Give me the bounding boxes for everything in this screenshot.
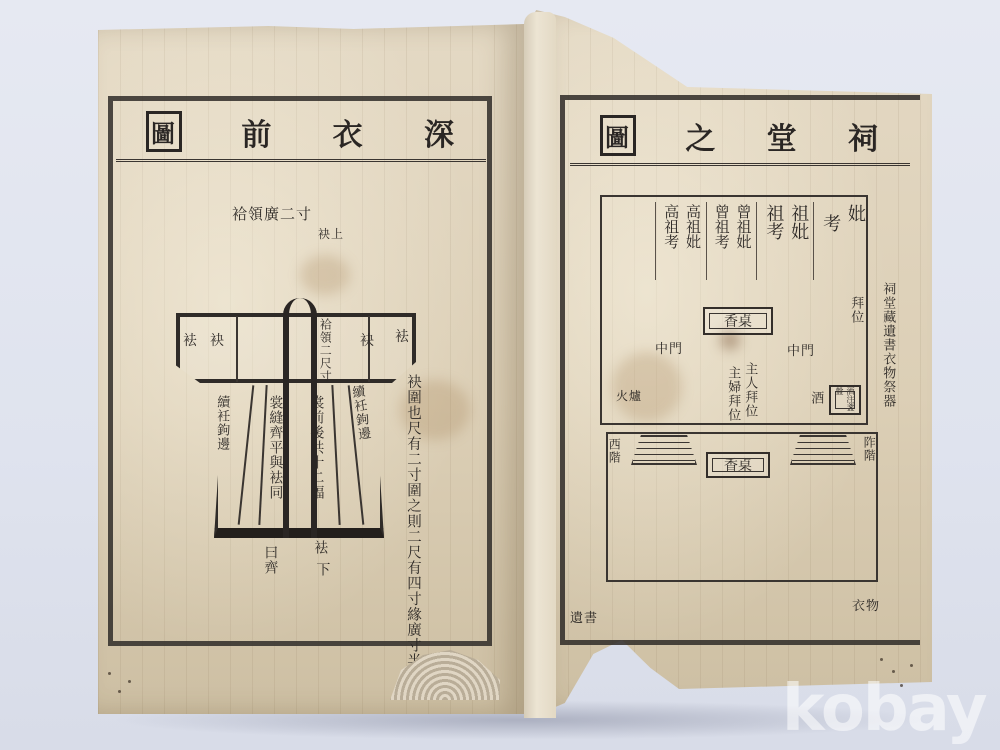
foxing-speck — [910, 664, 913, 667]
foxing-speck — [118, 690, 121, 693]
robe-body-label: 裳縫齊平與袪同 — [267, 395, 282, 500]
east-stairs-label: 阼階 — [862, 436, 875, 462]
ancestor-tablet: 高祖考 — [659, 202, 681, 280]
ancestor-tablet: 高祖妣 — [681, 202, 703, 280]
book-spine-fold — [524, 12, 556, 718]
ancestor-group-great-grandparents: 曾祖妣 曾祖考 — [706, 202, 757, 280]
ancestor-tablets-row: 妣 考 祖妣 祖考 曾祖妣 曾祖考 高祖妣 高祖考 — [606, 202, 870, 280]
title-char: 圖 — [146, 111, 182, 152]
robe-bottom-label: 下 — [314, 562, 329, 577]
ancestor-group-great-great-grandparents: 高祖妣 高祖考 — [655, 202, 706, 280]
title-char: 堂 — [767, 114, 799, 158]
collar-label: 袷領二尺寸 — [318, 318, 331, 383]
middle-door-label: 中門 — [787, 345, 815, 359]
title-char: 前 — [241, 110, 273, 154]
incense-table-upper: 香桌 — [703, 307, 773, 335]
ancestor-tablet: 考 — [817, 212, 842, 280]
right-page-title: 祠 堂 之 圖 — [570, 108, 910, 166]
sleeve-label-left: 袂 — [210, 334, 225, 349]
left-page-title: 深 衣 前 圖 — [116, 104, 486, 162]
title-char: 祠 — [848, 114, 880, 158]
wine-table-box: 酒注盞盤 — [829, 385, 861, 415]
foxing-speck — [108, 672, 111, 675]
sleeve-divider — [236, 316, 238, 382]
ancestor-tablet: 曾祖考 — [710, 202, 732, 280]
east-stairs-drawing — [790, 435, 856, 465]
incense-table-label: 香桌 — [724, 455, 752, 475]
title-char: 衣 — [333, 110, 365, 154]
west-stairs-drawing — [631, 435, 697, 465]
brazier-label: 火爐 — [616, 390, 642, 403]
wine-label: 酒 — [808, 391, 822, 405]
robe-bottom-label: 曰齊 — [262, 545, 277, 575]
collar-note-sub: 袂上 — [318, 228, 344, 241]
bow-position-label: 拜位 — [848, 296, 862, 324]
ancestor-tablet: 祖妣 — [785, 202, 810, 280]
middle-door-label: 中門 — [655, 343, 683, 357]
sleeve-label-cuff-left: 袪 — [183, 334, 198, 349]
ancestor-group-grandparents: 祖妣 祖考 — [756, 202, 813, 280]
wine-table-label: 酒注盞盤 — [834, 387, 856, 413]
sleeve-measure-note: 袂圍也尺有二寸圍之則二尺有四寸緣廣寸半 — [404, 374, 420, 669]
title-char: 深 — [424, 110, 456, 154]
robe-bottom-label: 袪 — [312, 540, 327, 555]
incense-table-label: 香桌 — [724, 311, 752, 331]
ancestor-tablet: 妣 — [842, 202, 867, 280]
sleeve-label-right: 袂 — [360, 334, 375, 349]
sleeve-label-cuff-right: 袪 — [395, 330, 410, 345]
bottom-label-right: 衣物 — [852, 600, 880, 614]
robe-side-label: 續衽鉤邊 — [214, 395, 228, 451]
kobay-watermark: kobay — [782, 672, 986, 746]
ancestor-tablet: 祖考 — [760, 202, 785, 280]
collar-note: 袷領廣二寸 — [232, 206, 312, 223]
side-column-note: 祠堂藏遺書衣物祭器 — [880, 282, 894, 408]
ancestor-tablet: 曾祖妣 — [732, 202, 754, 280]
hostess-position-label: 主婦拜位 — [725, 366, 739, 422]
host-position-label: 主人拜位 — [742, 362, 756, 418]
ancestor-group-parents: 妣 考 — [813, 202, 870, 280]
bottom-label-left: 遺書 — [570, 612, 598, 626]
foxing-speck — [880, 658, 883, 661]
title-char: 圖 — [600, 115, 636, 156]
incense-table-lower: 香桌 — [706, 452, 770, 478]
foxing-speck — [128, 680, 131, 683]
robe-body-label: 裳前後共十二幅 — [308, 395, 323, 500]
title-char: 之 — [685, 114, 717, 158]
west-stairs-label: 西階 — [607, 438, 620, 464]
